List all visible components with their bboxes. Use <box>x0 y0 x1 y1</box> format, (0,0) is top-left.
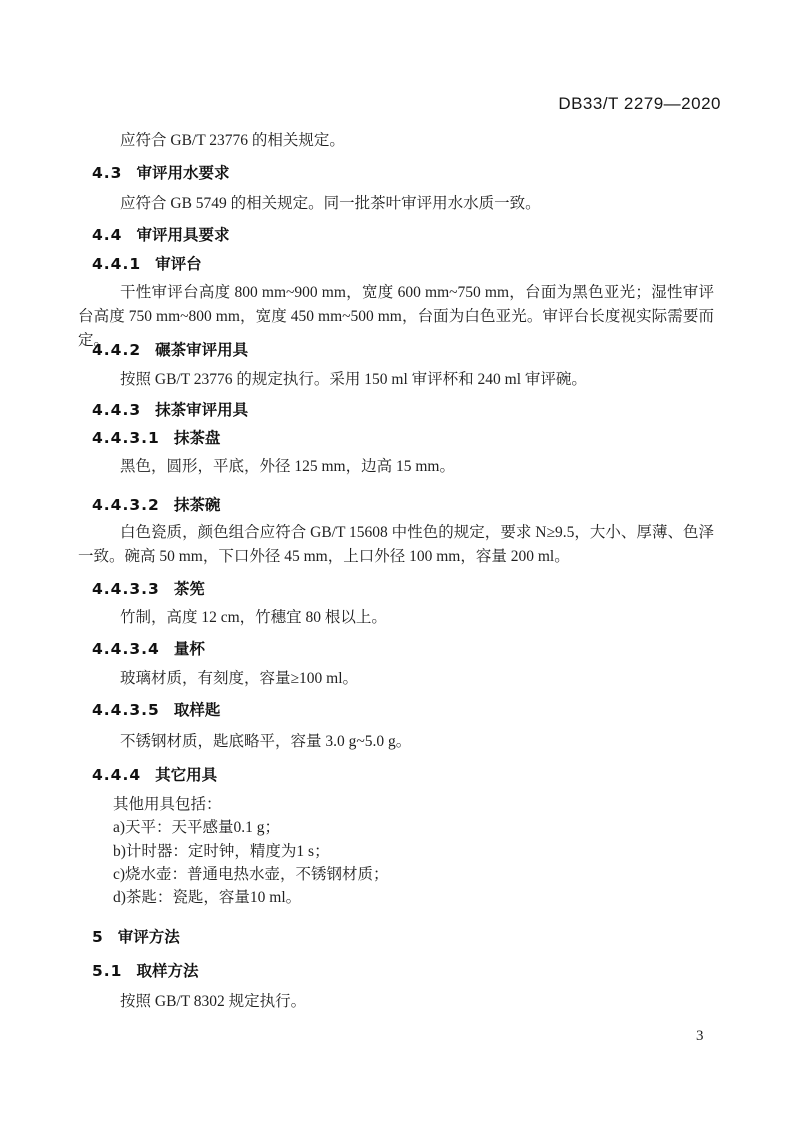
heading-number: 4.4.3.5 <box>92 701 160 719</box>
heading-4-4-4: 4.4.4其它用具 <box>92 763 217 785</box>
clause-4-4-3-5-body: 不锈钢材质，匙底略平，容量 3.0 g~5.0 g。 <box>78 730 714 754</box>
heading-4-4: 4.4审评用具要求 <box>92 223 229 245</box>
heading-4-4-2: 4.4.2碾茶审评用具 <box>92 338 248 360</box>
heading-title: 审评用水要求 <box>136 164 229 182</box>
heading-4-4-1: 4.4.1审评台 <box>92 252 202 274</box>
clause-4-4-3-1-body: 黑色，圆形，平底，外径 125 mm，边高 15 mm。 <box>78 455 714 479</box>
heading-5-1: 5.1取样方法 <box>92 959 198 981</box>
heading-4-4-3-1: 4.4.3.1抹茶盘 <box>92 426 220 448</box>
list-item-d: d)茶匙：瓷匙，容量10 ml。 <box>113 886 713 909</box>
standard-code: DB33/T 2279—2020 <box>558 94 721 114</box>
clause-4-4-3-2-body: 白色瓷质，颜色组合应符合 GB/T 15608 中性色的规定，要求 N≥9.5，… <box>78 521 714 569</box>
heading-number: 4.4.3.1 <box>92 429 160 447</box>
page-number: 3 <box>696 1028 704 1045</box>
heading-4-4-3-4: 4.4.3.4量杯 <box>92 637 205 659</box>
heading-title: 碾茶审评用具 <box>155 341 248 359</box>
clause-4-4-3-3-body: 竹制，高度 12 cm，竹穗宜 80 根以上。 <box>78 606 714 630</box>
heading-number: 4.4.4 <box>92 766 141 784</box>
heading-number: 5 <box>92 928 104 946</box>
heading-number: 4.4.1 <box>92 255 141 273</box>
heading-number: 4.4.3 <box>92 401 141 419</box>
heading-number: 5.1 <box>92 962 122 980</box>
heading-title: 其它用具 <box>155 766 217 784</box>
heading-number: 4.3 <box>92 164 122 182</box>
list-intro: 其他用具包括： <box>113 793 713 816</box>
heading-number: 4.4.3.4 <box>92 640 160 658</box>
heading-4-4-3-5: 4.4.3.5取样匙 <box>92 698 220 720</box>
clause-4-2-body: 应符合 GB/T 23776 的相关规定。 <box>78 129 714 153</box>
heading-number: 4.4.2 <box>92 341 141 359</box>
heading-number: 4.4.3.2 <box>92 496 160 514</box>
heading-5: 5审评方法 <box>92 925 180 947</box>
heading-number: 4.4.3.3 <box>92 580 160 598</box>
heading-title: 审评台 <box>155 255 202 273</box>
heading-title: 茶筅 <box>174 580 205 598</box>
heading-title: 抹茶碗 <box>174 496 221 514</box>
heading-4-4-3-3: 4.4.3.3茶筅 <box>92 577 205 599</box>
clause-5-1-body: 按照 GB/T 8302 规定执行。 <box>78 990 714 1014</box>
heading-title: 抹茶盘 <box>174 429 221 447</box>
heading-title: 取样匙 <box>174 701 221 719</box>
clause-4-4-3-4-body: 玻璃材质，有刻度，容量≥100 ml。 <box>78 667 714 691</box>
heading-title: 审评方法 <box>118 928 180 946</box>
heading-title: 审评用具要求 <box>136 226 229 244</box>
heading-4-4-3: 4.4.3抹茶审评用具 <box>92 398 248 420</box>
clause-4-4-2-body: 按照 GB/T 23776 的规定执行。采用 150 ml 审评杯和 240 m… <box>78 368 714 392</box>
heading-title: 取样方法 <box>136 962 198 980</box>
document-page: DB33/T 2279—2020 应符合 GB/T 23776 的相关规定。 4… <box>0 0 793 1122</box>
heading-4-3: 4.3审评用水要求 <box>92 161 229 183</box>
other-utensils-list: 其他用具包括： a)天平：天平感量0.1 g； b)计时器：定时钟，精度为1 s… <box>113 793 713 909</box>
heading-title: 抹茶审评用具 <box>155 401 248 419</box>
list-item-b: b)计时器：定时钟，精度为1 s； <box>113 840 713 863</box>
list-item-c: c)烧水壶：普通电热水壶，不锈钢材质； <box>113 863 713 886</box>
list-item-a: a)天平：天平感量0.1 g； <box>113 816 713 839</box>
heading-title: 量杯 <box>174 640 205 658</box>
heading-4-4-3-2: 4.4.3.2抹茶碗 <box>92 493 220 515</box>
heading-number: 4.4 <box>92 226 122 244</box>
clause-4-3-body: 应符合 GB 5749 的相关规定。同一批茶叶审评用水水质一致。 <box>78 192 714 216</box>
